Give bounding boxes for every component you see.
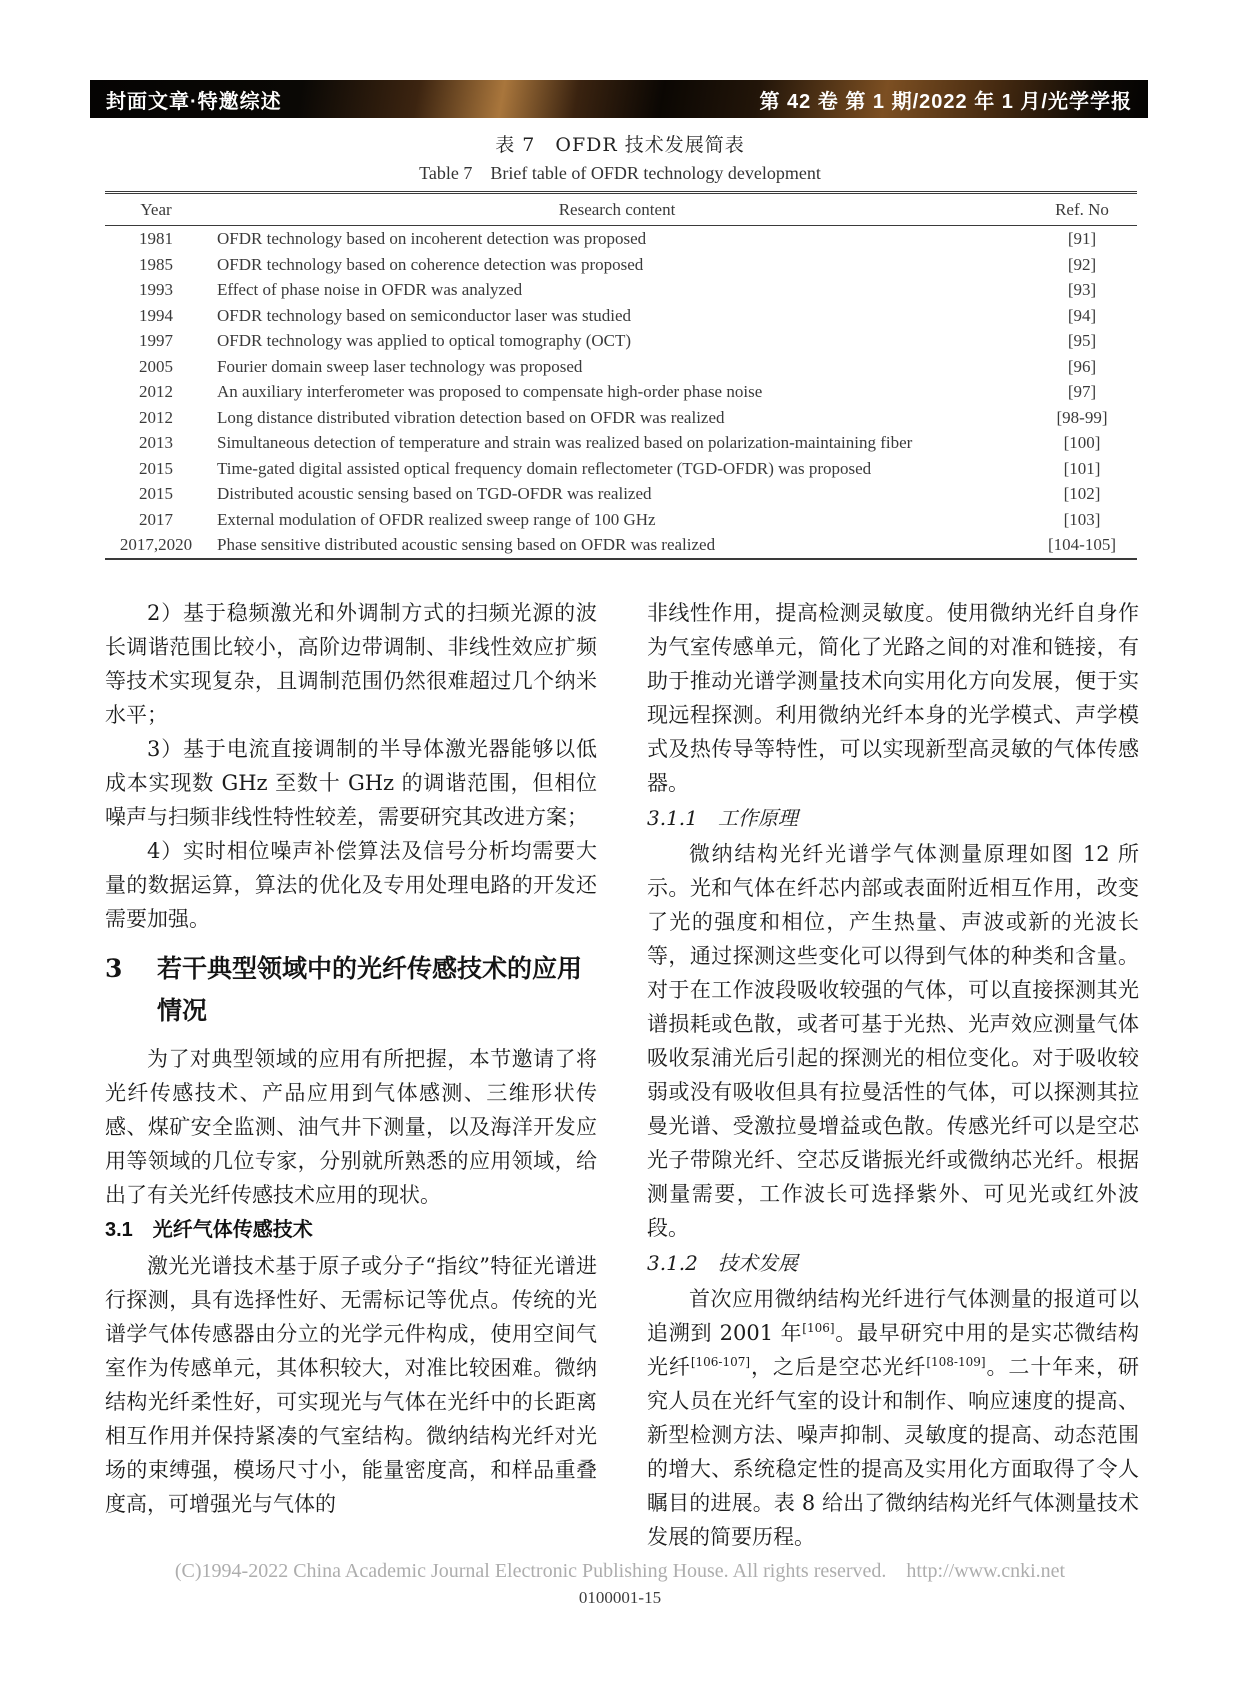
reference-superscript: [108-109] (926, 1355, 985, 1369)
table-cell-ref: [97] (1027, 379, 1137, 405)
reference-superscript: [106-107] (691, 1355, 750, 1369)
table-cell-year: 2015 (105, 456, 207, 482)
column-header-content: Research content (207, 193, 1027, 226)
ofdr-development-table: Year Research content Ref. No 1981OFDR t… (105, 191, 1137, 560)
table-cell-ref: [100] (1027, 430, 1137, 456)
table-cell-year: 2005 (105, 354, 207, 380)
table-title-en: Table 7 Brief table of OFDR technology d… (0, 159, 1240, 185)
table-cell-ref: [104-105] (1027, 532, 1137, 559)
table-row: 2012An auxiliary interferometer was prop… (105, 379, 1137, 405)
table-cell-year: 1985 (105, 252, 207, 278)
table-cell-content: Time-gated digital assisted optical freq… (207, 456, 1027, 482)
section-3-1-paragraph: 激光光谱技术基于原子或分子“指纹”特征光谱进行探测，具有选择性好、无需标记等优点… (105, 1249, 597, 1521)
table-body: 1981OFDR technology based on incoherent … (105, 226, 1137, 559)
left-column: 2）基于稳频激光和外调制方式的扫频光源的波长调谐范围比较小，高阶边带调制、非线性… (105, 596, 597, 1554)
table-cell-content: Distributed acoustic sensing based on TG… (207, 481, 1027, 507)
table-cell-content: OFDR technology based on incoherent dete… (207, 226, 1027, 252)
column-header-ref: Ref. No (1027, 193, 1137, 226)
table-row: 1993Effect of phase noise in OFDR was an… (105, 277, 1137, 303)
table-cell-year: 2015 (105, 481, 207, 507)
table-row: 2012Long distance distributed vibration … (105, 405, 1137, 431)
table-cell-content: Simultaneous detection of temperature an… (207, 430, 1027, 456)
list-item-4: 4）实时相位噪声补偿算法及信号分析均需要大量的数据运算，算法的优化及专用处理电路… (105, 834, 597, 936)
table-row: 2013Simultaneous detection of temperatur… (105, 430, 1137, 456)
table-cell-content: An auxiliary interferometer was proposed… (207, 379, 1027, 405)
body-two-columns: 2）基于稳频激光和外调制方式的扫频光源的波长调谐范围比较小，高阶边带调制、非线性… (105, 596, 1139, 1554)
table-cell-year: 2013 (105, 430, 207, 456)
table-cell-ref: [96] (1027, 354, 1137, 380)
continued-paragraph: 非线性作用，提高检测灵敏度。使用微纳光纤自身作为气室传感单元，简化了光路之间的对… (647, 596, 1139, 800)
section-title: 若干典型领域中的光纤传感技术的应用情况 (157, 948, 597, 1032)
section-3-1-heading: 3.1 光纤气体传感技术 (105, 1213, 597, 1248)
table-cell-year: 2012 (105, 405, 207, 431)
table-row: 2017External modulation of OFDR realized… (105, 507, 1137, 533)
section-3-1-1-paragraph: 微纳结构光纤光谱学气体测量原理如图 12 所示。光和气体在纤芯内部或表面附近相互… (647, 837, 1139, 1245)
table-cell-ref: [103] (1027, 507, 1137, 533)
column-header-year: Year (105, 193, 207, 226)
section-3-1-1-heading: 3.1.1 工作原理 (647, 801, 1139, 836)
table-cell-content: OFDR technology was applied to optical t… (207, 328, 1027, 354)
section-3-1-2-heading: 3.1.2 技术发展 (647, 1246, 1139, 1281)
list-item-3: 3）基于电流直接调制的半导体激光器能够以低成本实现数 GHz 至数十 GHz 的… (105, 732, 597, 834)
table-row: 2015Time-gated digital assisted optical … (105, 456, 1137, 482)
page-code: 0100001-15 (0, 1588, 1240, 1608)
section-3-heading: 3 若干典型领域中的光纤传感技术的应用情况 (105, 948, 597, 1032)
reference-superscript: [106] (802, 1321, 834, 1335)
table-cell-content: Effect of phase noise in OFDR was analyz… (207, 277, 1027, 303)
table-cell-ref: [91] (1027, 226, 1137, 252)
table-cell-content: Phase sensitive distributed acoustic sen… (207, 532, 1027, 559)
table-row: 2005Fourier domain sweep laser technolog… (105, 354, 1137, 380)
table-cell-content: OFDR technology based on semiconductor l… (207, 303, 1027, 329)
table-cell-ref: [94] (1027, 303, 1137, 329)
copyright-line: (C)1994-2022 China Academic Journal Elec… (0, 1560, 1240, 1583)
text-segment: 。二十年来，研究人员在光纤气室的设计和制作、响应速度的提高、新型检测方法、噪声抑… (647, 1355, 1139, 1549)
table-cell-year: 1994 (105, 303, 207, 329)
table-cell-content: Fourier domain sweep laser technology wa… (207, 354, 1027, 380)
section-number: 3 (105, 948, 157, 1032)
table-header-row: Year Research content Ref. No (105, 193, 1137, 226)
table-cell-ref: [92] (1027, 252, 1137, 278)
table-row: 2015Distributed acoustic sensing based o… (105, 481, 1137, 507)
journal-header-banner: 封面文章·特邀综述 第 42 卷 第 1 期/2022 年 1 月/光学学报 (90, 80, 1148, 118)
table-row: 1997OFDR technology was applied to optic… (105, 328, 1137, 354)
text-segment: ，之后是空芯光纤 (750, 1355, 926, 1379)
table-cell-year: 2017 (105, 507, 207, 533)
table-row: 1981OFDR technology based on incoherent … (105, 226, 1137, 252)
list-item-2: 2）基于稳频激光和外调制方式的扫频光源的波长调谐范围比较小，高阶边带调制、非线性… (105, 596, 597, 732)
table-cell-year: 1981 (105, 226, 207, 252)
header-column-label: 封面文章·特邀综述 (106, 85, 282, 114)
table-row: 1985OFDR technology based on coherence d… (105, 252, 1137, 278)
table-cell-year: 2012 (105, 379, 207, 405)
table-cell-year: 1997 (105, 328, 207, 354)
table-cell-ref: [102] (1027, 481, 1137, 507)
table-cell-content: External modulation of OFDR realized swe… (207, 507, 1027, 533)
table-cell-ref: [93] (1027, 277, 1137, 303)
table-cell-content: Long distance distributed vibration dete… (207, 405, 1027, 431)
section-3-1-2-paragraph: 首次应用微纳结构光纤进行气体测量的报道可以追溯到 2001 年[106]。最早研… (647, 1282, 1139, 1554)
table-cell-year: 2017,2020 (105, 532, 207, 559)
table-row: 2017,2020Phase sensitive distributed aco… (105, 532, 1137, 559)
table-row: 1994OFDR technology based on semiconduct… (105, 303, 1137, 329)
table-cell-ref: [101] (1027, 456, 1137, 482)
table-cell-ref: [95] (1027, 328, 1137, 354)
header-issue-info: 第 42 卷 第 1 期/2022 年 1 月/光学学报 (759, 85, 1132, 114)
right-column: 非线性作用，提高检测灵敏度。使用微纳光纤自身作为气室传感单元，简化了光路之间的对… (647, 596, 1139, 1554)
table-cell-content: OFDR technology based on coherence detec… (207, 252, 1027, 278)
section-3-intro-paragraph: 为了对典型领域的应用有所把握，本节邀请了将光纤传感技术、产品应用到气体感测、三维… (105, 1042, 597, 1212)
table-cell-ref: [98-99] (1027, 405, 1137, 431)
table-cell-year: 1993 (105, 277, 207, 303)
table-title-cn: 表 7 OFDR 技术发展简表 (0, 130, 1240, 157)
